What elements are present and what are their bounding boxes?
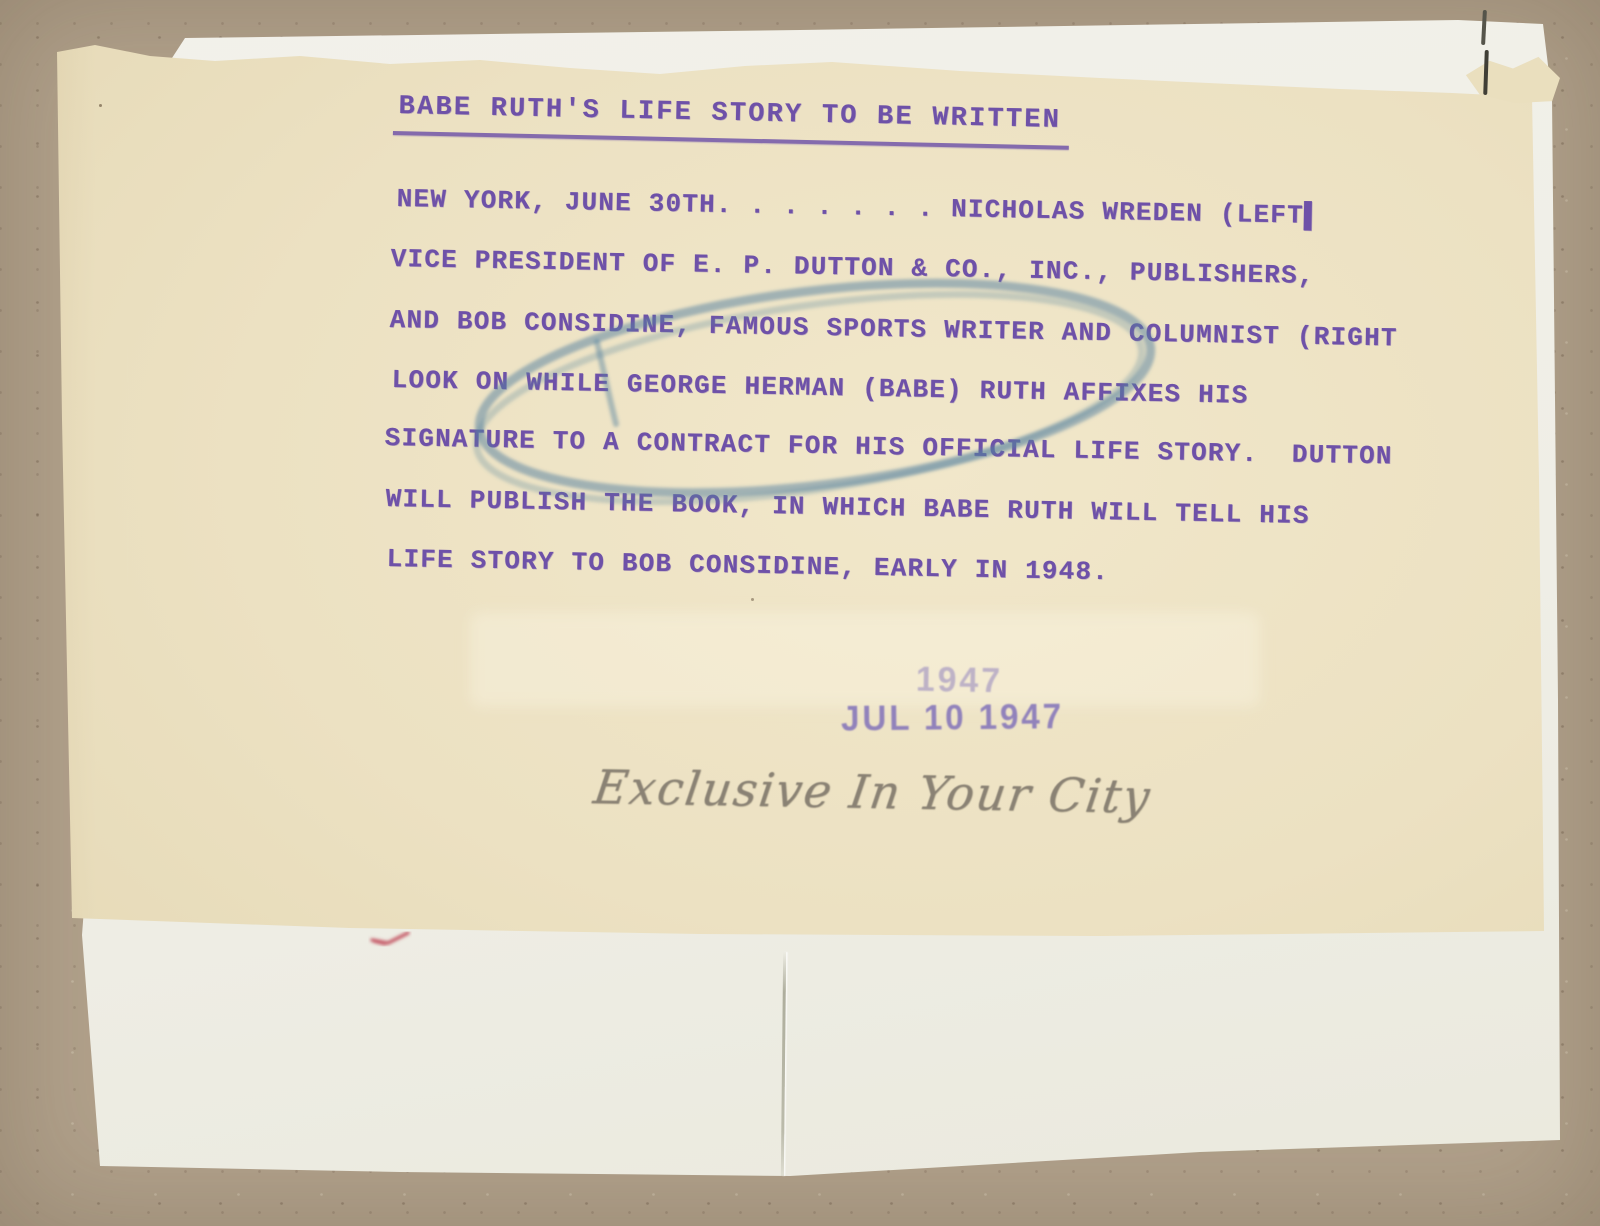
date-stamp-overstrike: 1947: [916, 660, 1004, 702]
handwritten-note: Exclusive In Your City: [590, 760, 1154, 824]
scanned-photo-back: BABE RUTH'S LIFE STORY TO BE WRITTEN NEW…: [0, 0, 1600, 1226]
date-stamp-text: JUL 10 1947: [841, 697, 1064, 738]
paper-speck: [99, 104, 102, 107]
